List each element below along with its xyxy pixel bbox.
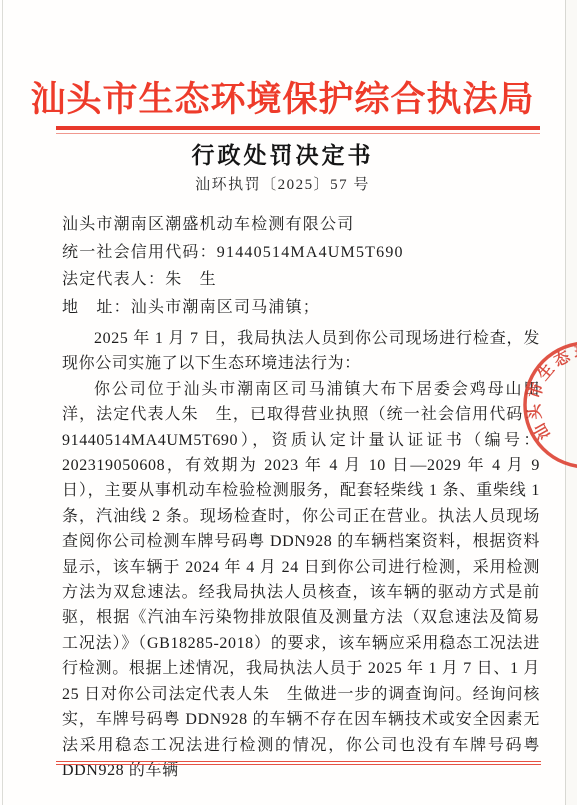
- svg-text:汕头市生态环境保: 汕头市生态环境保: [525, 343, 577, 443]
- recipient-legal-representative: 法定代表人：朱 生: [62, 266, 532, 294]
- official-seal-icon: 汕头市生态环境保: [512, 330, 577, 480]
- recipient-block: 汕头市潮南区潮盛机动车检测有限公司 统一社会信用代码：91440514MA4UM…: [62, 211, 532, 321]
- recipient-credit-code: 统一社会信用代码：91440514MA4UM5T690: [62, 239, 532, 267]
- recipient-address: 地 址：汕头市潮南区司马浦镇；: [62, 294, 532, 322]
- footer-divider: [56, 761, 541, 765]
- body-paragraph-2: 你公司位于汕头市潮南区司马浦镇大布下居委会鸡母山田洋，法定代表人朱 生，已取得营…: [62, 377, 540, 784]
- document-number: 汕环执罚〔2025〕57 号: [0, 173, 565, 194]
- penalty-decision-document: 汕头市生态环境保护综合执法局 行政处罚决定书 汕环执罚〔2025〕57 号 汕头…: [0, 0, 577, 805]
- document-body: 2025 年 1 月 7 日，我局执法人员到你公司现场进行检查，发现你公司实施了…: [62, 326, 540, 783]
- document-title: 行政处罚决定书: [0, 137, 565, 170]
- header-divider: [56, 126, 540, 134]
- agency-header: 汕头市生态环境保护综合执法局: [0, 72, 565, 122]
- seal-text: 汕头市生态环境保: [525, 343, 577, 443]
- body-paragraph-1: 2025 年 1 月 7 日，我局执法人员到你公司现场进行检查，发现你公司实施了…: [62, 326, 540, 377]
- recipient-company: 汕头市潮南区潮盛机动车检测有限公司: [62, 211, 532, 239]
